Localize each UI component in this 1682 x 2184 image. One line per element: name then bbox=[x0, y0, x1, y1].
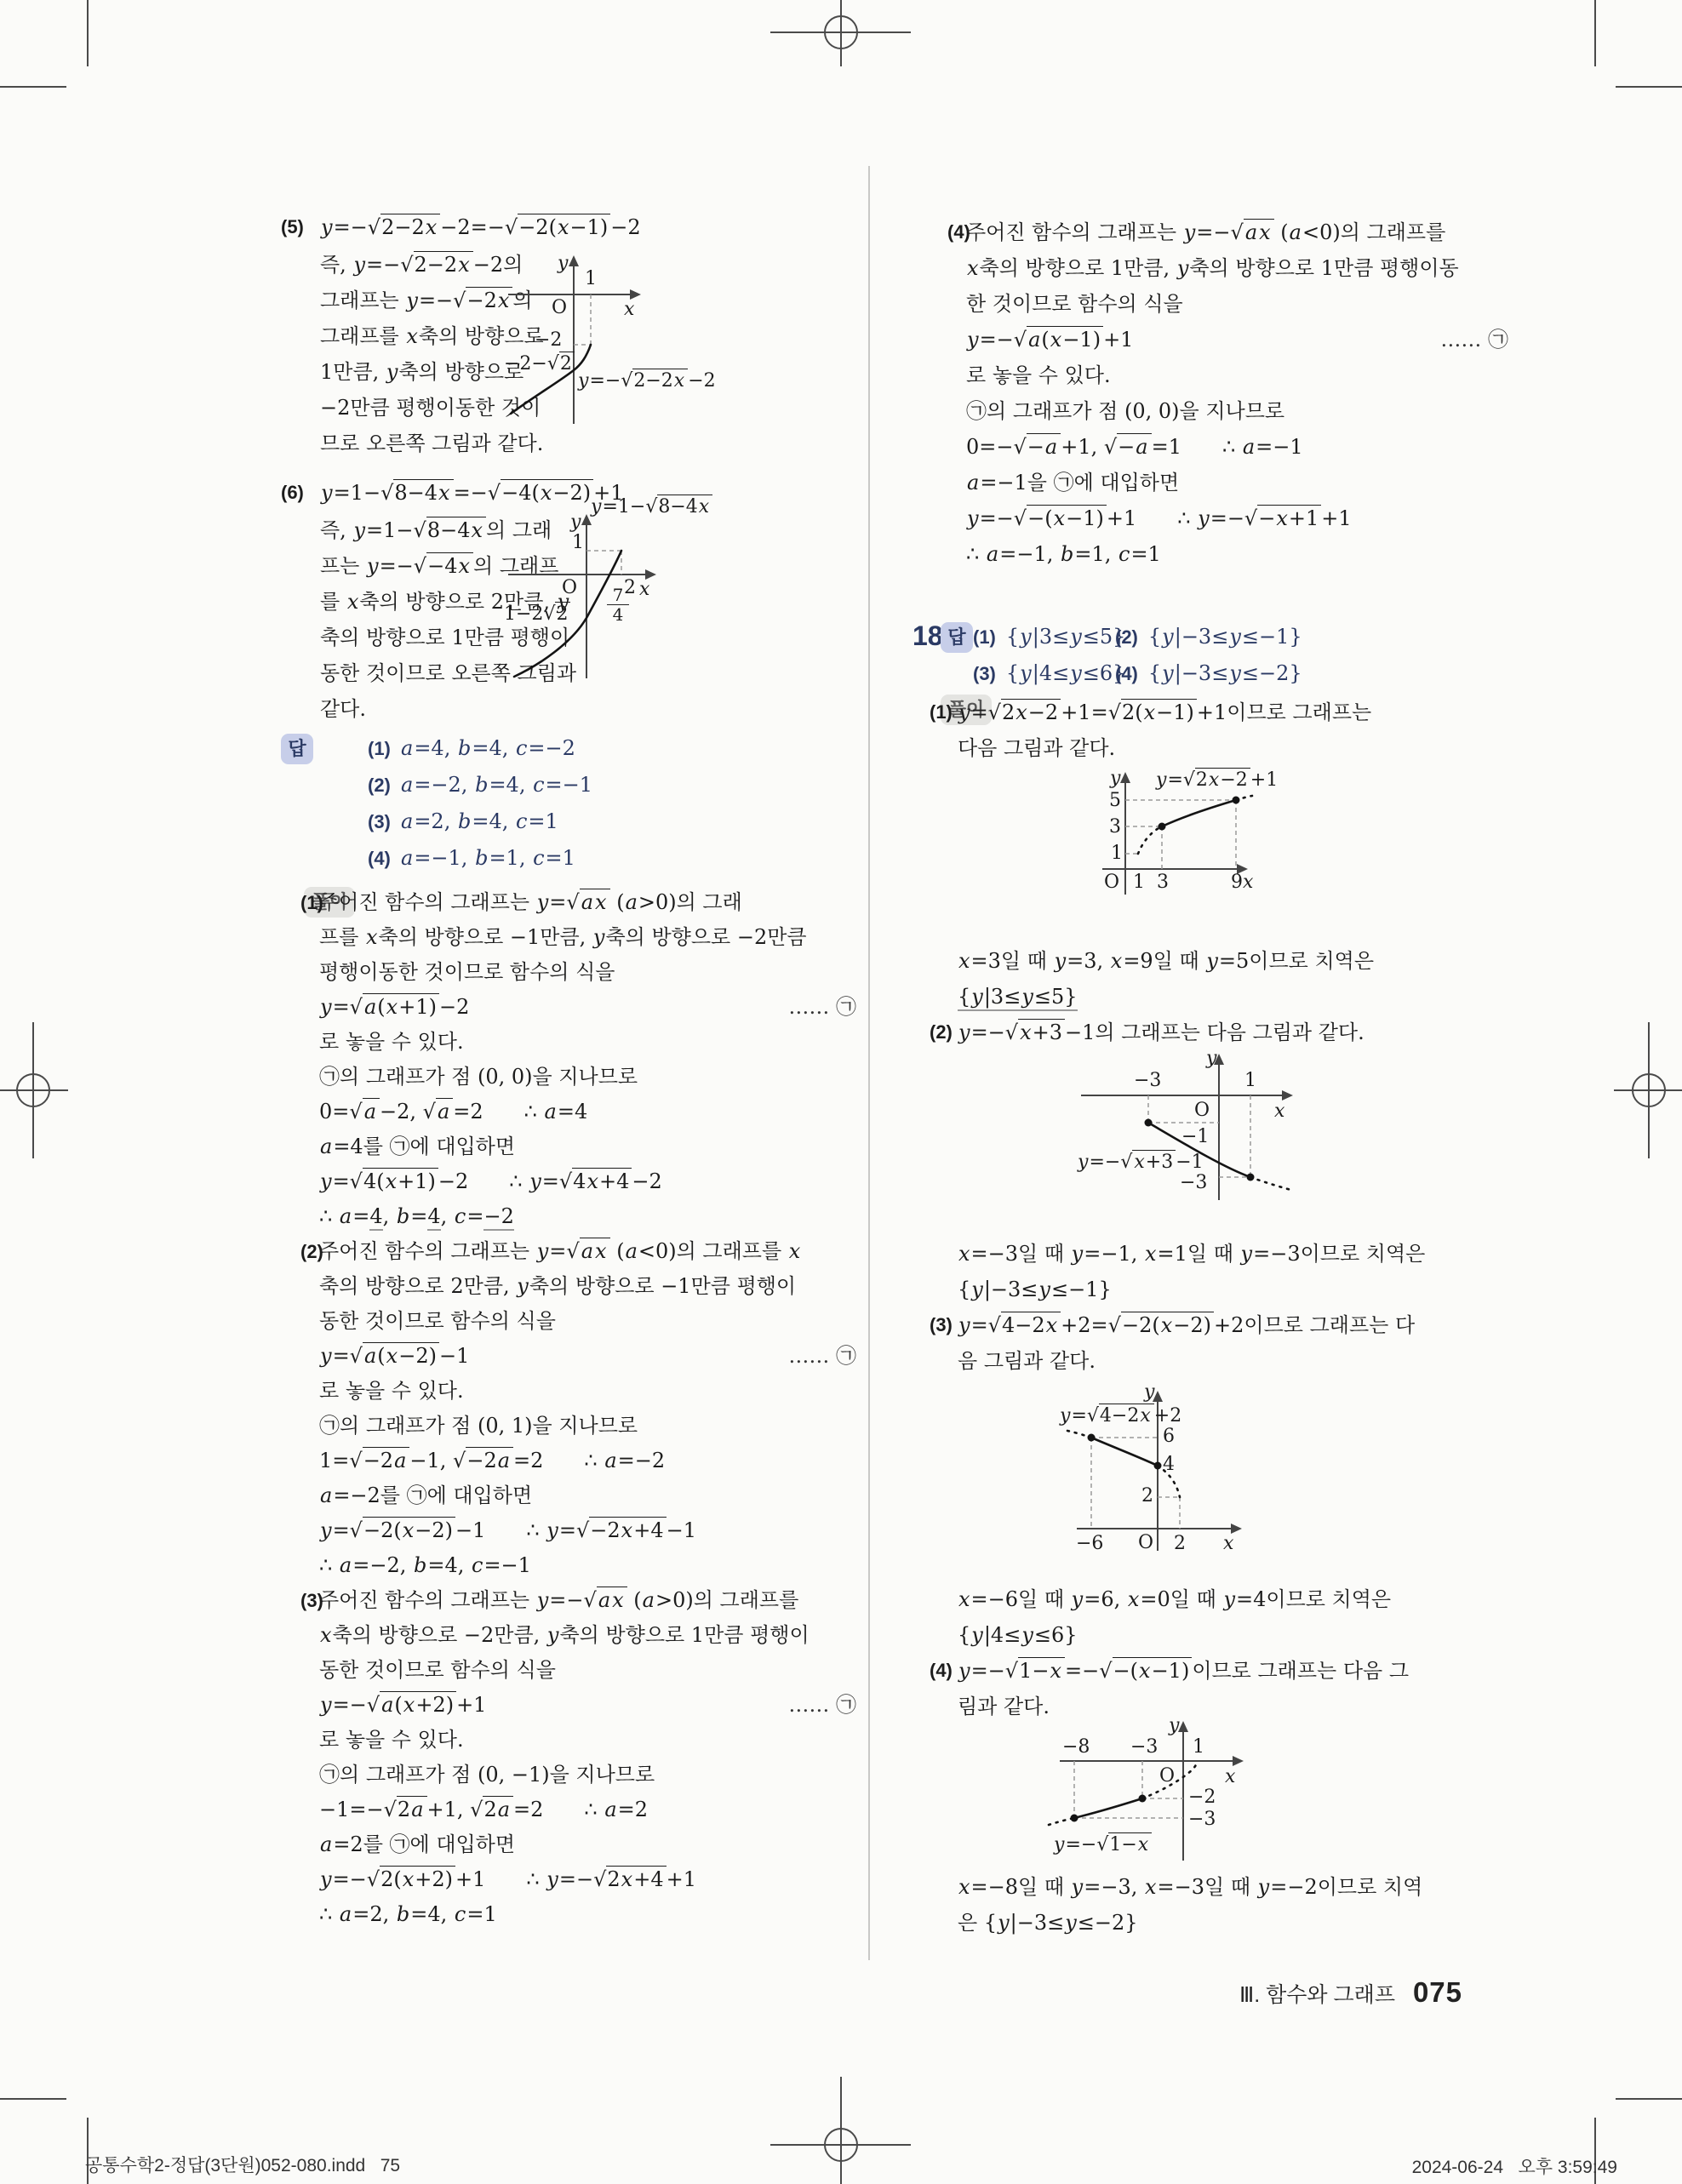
curve-label: y=√2x−2+1 bbox=[1155, 770, 1278, 791]
solution-line: ㉠의 그래프가 점 (0, 0)을 지나므로 bbox=[913, 393, 1534, 429]
solution-line: 0=√a−2, √a=2 ∴ a=4 bbox=[281, 1095, 868, 1129]
solution-line: (2)주어진 함수의 그래프는 y=√ax (a<0)의 그래프를 x bbox=[281, 1234, 868, 1269]
solution-line: 로 놓을 수 있다. bbox=[281, 1723, 868, 1758]
x-axis-label: x bbox=[638, 580, 650, 600]
origin-label: O bbox=[1104, 872, 1119, 893]
tick-label: 1 bbox=[585, 269, 597, 289]
tick-label: 2 bbox=[1141, 1486, 1153, 1507]
solution-lines: x=−3일 때 y=−1, x=1일 때 y=−3이므로 치역은{y|−3≤y≤… bbox=[913, 1236, 1534, 1379]
registration-mark-left-circle bbox=[16, 1073, 50, 1107]
point-m3-m2 bbox=[1139, 1795, 1147, 1803]
axes-curve-plot bbox=[1056, 1374, 1256, 1559]
graph-18-4: y x O −8 −3 1 −2 −3 y=−√1−x bbox=[1038, 1716, 1256, 1869]
tick-label: −8 bbox=[1062, 1737, 1090, 1758]
crop-mark-top-right bbox=[1594, 0, 1596, 66]
point-3-3 bbox=[1159, 823, 1166, 831]
y-axis-label: y bbox=[557, 254, 569, 274]
x-axis-label: x bbox=[1224, 1767, 1236, 1787]
x-axis-label: x bbox=[623, 300, 635, 320]
curve-dotted-ext bbox=[1250, 1177, 1294, 1191]
crop-mark-bottom-right-h bbox=[1616, 2098, 1682, 2100]
solution-line: y=−√a(x+2)+1…… ㉠ bbox=[281, 1688, 868, 1723]
curve-label: y=−√1−x bbox=[1053, 1835, 1152, 1855]
crop-mark-top-right-h bbox=[1616, 86, 1682, 88]
solution-line: y=√a(x+1)−2…… ㉠ bbox=[281, 990, 868, 1025]
solution-line: (4)y=−√1−x=−√−(x−1)이므로 그래프는 다음 그 bbox=[913, 1653, 1534, 1689]
point-0-4 bbox=[1154, 1462, 1162, 1470]
point-m3-m1 bbox=[1145, 1119, 1153, 1127]
solution-line: ∴ a=−1, b=1, c=1 bbox=[913, 536, 1534, 572]
solution-line: ㉠의 그래프가 점 (0, 1)을 지나므로 bbox=[281, 1409, 868, 1444]
solution-line: {y|4≤y≤6} bbox=[913, 1617, 1534, 1653]
curve bbox=[1074, 1798, 1142, 1818]
y-axis-label: y bbox=[569, 512, 581, 533]
solution-lines: x=−8일 때 y=−3, x=−3일 때 y=−2이므로 치역은 {y|−3≤… bbox=[913, 1869, 1534, 1941]
origin-label: O bbox=[1194, 1101, 1210, 1121]
problem-17-solution: 풀이 (1)주어진 함수의 그래프는 y=√ax (a>0)의 그래프를 x축의… bbox=[281, 885, 868, 1932]
answer-item: (1){y|3≤y≤5} bbox=[973, 619, 1125, 655]
x-axis-label: x bbox=[1222, 1534, 1234, 1554]
item-marker: (6) bbox=[281, 473, 304, 512]
curve bbox=[1091, 1438, 1158, 1466]
problem-17-solution-item4: (4)주어진 함수의 그래프는 y=−√ax (a<0)의 그래프를x축의 방향… bbox=[913, 214, 1534, 572]
tick-label: −2−√2 bbox=[504, 354, 575, 374]
curve-label: y=√4−2x+2 bbox=[1059, 1406, 1181, 1426]
solution-line: 동한 것이므로 함수의 식을 bbox=[281, 1304, 868, 1339]
solution-line: −1=−√2a+1, √2a=2 ∴ a=2 bbox=[281, 1792, 868, 1827]
curve bbox=[1162, 800, 1236, 826]
fraction-label: 7 4 bbox=[607, 586, 629, 624]
solution-line: y=−√a(x−1)+1…… ㉠ bbox=[913, 322, 1534, 357]
tick-label: −3 bbox=[1188, 1810, 1216, 1830]
solution-line: x=−8일 때 y=−3, x=−3일 때 y=−2이므로 치역 bbox=[913, 1869, 1534, 1905]
tick-label: 9 bbox=[1231, 872, 1243, 893]
solution-lines: x=−6일 때 y=6, x=0일 때 y=4이므로 치역은{y|4≤y≤6}(… bbox=[913, 1581, 1534, 1724]
answer-list: (1)a=4, b=4, c=−2(2)a=−2, b=4, c=−1(3)a=… bbox=[281, 730, 868, 877]
tick-label: −2 bbox=[1188, 1787, 1216, 1808]
problem-18-solution-4: x=−6일 때 y=6, x=0일 때 y=4이므로 치역은{y|4≤y≤6}(… bbox=[913, 1581, 1534, 1724]
footer-chapter: Ⅲ. 함수와 그래프 075 bbox=[913, 1976, 1462, 2009]
solution-line: 로 놓을 수 있다. bbox=[281, 1025, 868, 1060]
graph-item5: y x O 1 −2 −2−√2 y=−√2−2x−2 bbox=[504, 254, 700, 434]
tick-label: −3 bbox=[1180, 1173, 1207, 1193]
solution-line: x=−3일 때 y=−1, x=1일 때 y=−3이므로 치역은 bbox=[913, 1236, 1534, 1272]
point-m6-6 bbox=[1088, 1434, 1096, 1442]
solution-line: x축의 방향으로 1만큼, y축의 방향으로 1만큼 평행이동 bbox=[913, 250, 1534, 286]
solution-line: (1)주어진 함수의 그래프는 y=√ax (a>0)의 그래 bbox=[281, 885, 868, 920]
print-datestamp: 2024-06-24 오후 3:59:49 bbox=[1277, 2153, 1617, 2179]
page-number: 075 bbox=[1413, 1976, 1462, 2008]
y-axis-label: y bbox=[1168, 1716, 1180, 1736]
answer-item: (2){y|−3≤y≤−1} bbox=[1115, 619, 1302, 655]
tick-label: 1 bbox=[1111, 843, 1123, 864]
curve-dotted bbox=[1138, 826, 1162, 854]
answer-line: (3)a=2, b=4, c=1 bbox=[281, 803, 868, 840]
solution-line: 로 놓을 수 있다. bbox=[281, 1374, 868, 1409]
point-1-m3 bbox=[1247, 1174, 1255, 1181]
column-divider bbox=[868, 166, 870, 1960]
solution-line: 0=−√−a+1, √−a=1 ∴ a=−1 bbox=[913, 429, 1534, 465]
tick-label: 4 bbox=[1163, 1455, 1175, 1475]
tick-label: 3 bbox=[1157, 872, 1169, 893]
chapter-title: Ⅲ. 함수와 그래프 bbox=[1239, 1983, 1395, 2007]
tick-label: −3 bbox=[1134, 1071, 1161, 1091]
tick-label: 1−2√2 bbox=[504, 604, 570, 625]
solution-line: (3)y=√4−2x+2=√−2(x−2)+2이므로 그래프는 다 bbox=[913, 1307, 1534, 1343]
tick-label: 5 bbox=[1109, 791, 1121, 811]
tick-label: 3 bbox=[1109, 817, 1121, 838]
solution-line: y=−√−(x−1)+1 ∴ y=−√−x+1+1 bbox=[913, 500, 1534, 536]
graph-18-3: y x O 6 4 2 −6 2 y=√4−2x+2 bbox=[1056, 1374, 1256, 1559]
print-file-info: 공통수학2-정답(3단원)052-080.indd 75 bbox=[85, 2152, 400, 2177]
tick-label: 1 bbox=[1193, 1737, 1204, 1758]
answer-line: (2)a=−2, b=4, c=−1 bbox=[281, 767, 868, 803]
registration-mark-top-circle bbox=[824, 15, 858, 49]
curve-dotted bbox=[1049, 1818, 1074, 1825]
origin-label: O bbox=[1138, 1533, 1153, 1553]
solution-line: y=√−2(x−2)−1 ∴ y=√−2x+4−1 bbox=[281, 1513, 868, 1548]
solution-line: ∴ a=−2, b=4, c=−1 bbox=[281, 1548, 868, 1583]
solution-line: x축의 방향으로 −2만큼, y축의 방향으로 1만큼 평행이 bbox=[281, 1618, 868, 1653]
solution-line: a=4를 ㉠에 대입하면 bbox=[281, 1129, 868, 1164]
solution-line: y=√a(x−2)−1…… ㉠ bbox=[281, 1339, 868, 1374]
answer-item: (3){y|4≤y≤6} bbox=[973, 655, 1125, 692]
axes-curve-plot bbox=[504, 254, 700, 434]
solution-line: 프를 x축의 방향으로 −1만큼, y축의 방향으로 −2만큼 bbox=[281, 920, 868, 955]
solution-line: 은 {y|−3≤y≤−2} bbox=[913, 1905, 1534, 1941]
solution-line: (4)주어진 함수의 그래프는 y=−√ax (a<0)의 그래프를 bbox=[913, 214, 1534, 250]
crop-mark-top-left bbox=[87, 0, 89, 66]
solution-line: (3)주어진 함수의 그래프는 y=−√ax (a>0)의 그래프를 bbox=[281, 1583, 868, 1618]
tick-label: 1 bbox=[1133, 872, 1145, 893]
curve-label: y=−√2−2x−2 bbox=[577, 371, 716, 392]
solution-lines: x=3일 때 y=3, x=9일 때 y=5이므로 치역은{y|3≤y≤5}(2… bbox=[913, 943, 1534, 1050]
y-axis-label: y bbox=[1143, 1382, 1155, 1403]
solution-line: x=3일 때 y=3, x=9일 때 y=5이므로 치역은 bbox=[913, 943, 1534, 979]
tick-label: −3 bbox=[1130, 1737, 1158, 1758]
solution-line: 평행이동한 것이므로 함수의 식을 bbox=[281, 955, 868, 990]
problem-number: 18 bbox=[913, 620, 943, 652]
solution-line: {y|3≤y≤5} bbox=[913, 979, 1534, 1015]
solution-lines: (1)주어진 함수의 그래프는 y=√ax (a>0)의 그래프를 x축의 방향… bbox=[281, 885, 868, 1932]
x-axis-label: x bbox=[1242, 872, 1254, 893]
tick-label: 6 bbox=[1163, 1426, 1175, 1447]
solution-item-6: (6) y=1−√8−4x=−√−4(x−2)+1 즉, y=1−√8−4x의 … bbox=[281, 473, 868, 727]
solution-line: 동한 것이므로 함수의 식을 bbox=[281, 1653, 868, 1688]
problem-18-solution-1: 풀이 (1)y=√2x−2+1=√2(x−1)+1이므로 그래프는다음 그림과 … bbox=[913, 695, 1534, 766]
solution-line: ㉠의 그래프가 점 (0, 0)을 지나므로 bbox=[281, 1060, 868, 1095]
crop-mark-bottom-left-h bbox=[0, 2098, 66, 2100]
answer-line: (1)a=4, b=4, c=−2 bbox=[281, 730, 868, 767]
tick-label: 1 bbox=[572, 533, 584, 553]
curve-label: y=1−√8−4x bbox=[590, 497, 712, 517]
solution-lines: (1)y=√2x−2+1=√2(x−1)+1이므로 그래프는다음 그림과 같다. bbox=[913, 695, 1534, 766]
origin-label: O bbox=[1159, 1766, 1175, 1787]
problem-18-solution-3: x=−3일 때 y=−1, x=1일 때 y=−3이므로 치역은{y|−3≤y≤… bbox=[913, 1236, 1534, 1379]
graph-item6: y x O 1 2 7 4 1−2√2 y=1−√8−4x bbox=[504, 495, 704, 684]
solution-item-5: (5) y=−√2−2x−2=−√−2(x−1)−2 즉, y=−√2−2x−2… bbox=[281, 208, 868, 461]
y-axis-label: y bbox=[1205, 1049, 1217, 1069]
point-9-5 bbox=[1233, 797, 1240, 804]
item-marker: (5) bbox=[281, 208, 304, 247]
solution-line: 축의 방향으로 2만큼, y축의 방향으로 −1만큼 평행이 bbox=[281, 1269, 868, 1304]
solution-line: a=−2를 ㉠에 대입하면 bbox=[281, 1478, 868, 1513]
curve-label: y=−√x+3−1 bbox=[1077, 1152, 1204, 1173]
solution-line: 다음 그림과 같다. bbox=[913, 730, 1534, 766]
solution-lines: (4)주어진 함수의 그래프는 y=−√ax (a<0)의 그래프를x축의 방향… bbox=[913, 214, 1534, 572]
graph-18-2: y x O −3 1 −1 −3 y=−√x+3−1 bbox=[1056, 1049, 1307, 1206]
solution-line: (2)y=−√x+3−1의 그래프는 다음 그림과 같다. bbox=[913, 1015, 1534, 1050]
solution-line: 로 놓을 수 있다. bbox=[913, 357, 1534, 393]
problem-18-answer: 18 답 (1){y|3≤y≤5}(2){y|−3≤y≤−1}(3){y|4≤y… bbox=[913, 619, 1534, 695]
tick-label: 2 bbox=[1174, 1534, 1186, 1554]
y-axis-label: y bbox=[1109, 769, 1121, 789]
tick-label: −1 bbox=[1181, 1127, 1209, 1147]
problem-17-answer: 17 답 (1)a=4, b=4, c=−2(2)a=−2, b=4, c=−1… bbox=[281, 730, 868, 877]
registration-mark-right-circle bbox=[1632, 1073, 1666, 1107]
solution-line: {y|−3≤y≤−1} bbox=[913, 1272, 1534, 1307]
problem-18-solution-2: x=3일 때 y=3, x=9일 때 y=5이므로 치역은{y|3≤y≤5}(2… bbox=[913, 943, 1534, 1050]
solution-line: y=−√2(x+2)+1 ∴ y=−√2x+4+1 bbox=[281, 1862, 868, 1897]
solution-line: a=2를 ㉠에 대입하면 bbox=[281, 1827, 868, 1862]
textbook-solutions-page: (5) y=−√2−2x−2=−√−2(x−1)−2 즉, y=−√2−2x−2… bbox=[0, 0, 1682, 2184]
answer-item: (4){y|−3≤y≤−2} bbox=[1115, 655, 1302, 692]
origin-label: O bbox=[562, 578, 577, 598]
answer-badge: 답 bbox=[941, 622, 973, 653]
answer-line: (4)a=−1, b=1, c=1 bbox=[281, 840, 868, 877]
origin-label: O bbox=[552, 298, 567, 318]
equation: y=−√2−2x−2=−√−2(x−1)−2 bbox=[320, 214, 641, 239]
point-m8-m3 bbox=[1071, 1815, 1078, 1822]
solution-line: ∴ a=2, b=4, c=1 bbox=[281, 1897, 868, 1932]
problem-18-solution-5: x=−8일 때 y=−3, x=−3일 때 y=−2이므로 치역은 {y|−3≤… bbox=[913, 1869, 1534, 1941]
registration-mark-bottom-circle bbox=[824, 2128, 858, 2162]
tick-label: 1 bbox=[1244, 1071, 1256, 1091]
graph-18-1: y x O 5 3 1 1 3 9 y=√2x−2+1 bbox=[1094, 769, 1285, 903]
solution-line: 1=√−2a−1, √−2a=2 ∴ a=−2 bbox=[281, 1444, 868, 1478]
math-line: (5) y=−√2−2x−2=−√−2(x−1)−2 bbox=[281, 208, 868, 247]
text-line: 같다. bbox=[281, 691, 575, 727]
x-axis-label: x bbox=[1273, 1101, 1285, 1122]
crop-mark-top-left-h bbox=[0, 86, 66, 88]
solution-line: (1)y=√2x−2+1=√2(x−1)+1이므로 그래프는 bbox=[913, 695, 1534, 730]
solution-line: ㉠의 그래프가 점 (0, −1)을 지나므로 bbox=[281, 1758, 868, 1792]
solution-line: a=−1을 ㉠에 대입하면 bbox=[913, 465, 1534, 500]
tick-label: −2 bbox=[535, 330, 562, 351]
axes-curve-plot bbox=[504, 495, 704, 684]
tick-label: −6 bbox=[1076, 1534, 1103, 1554]
solution-line: 한 것이므로 함수의 식을 bbox=[913, 286, 1534, 322]
solution-line: y=√4(x+1)−2 ∴ y=√4x+4−2 bbox=[281, 1164, 868, 1199]
solution-line: ∴ a=4, b=4, c=−2 bbox=[281, 1199, 868, 1234]
solution-line: x=−6일 때 y=6, x=0일 때 y=4이므로 치역은 bbox=[913, 1581, 1534, 1617]
